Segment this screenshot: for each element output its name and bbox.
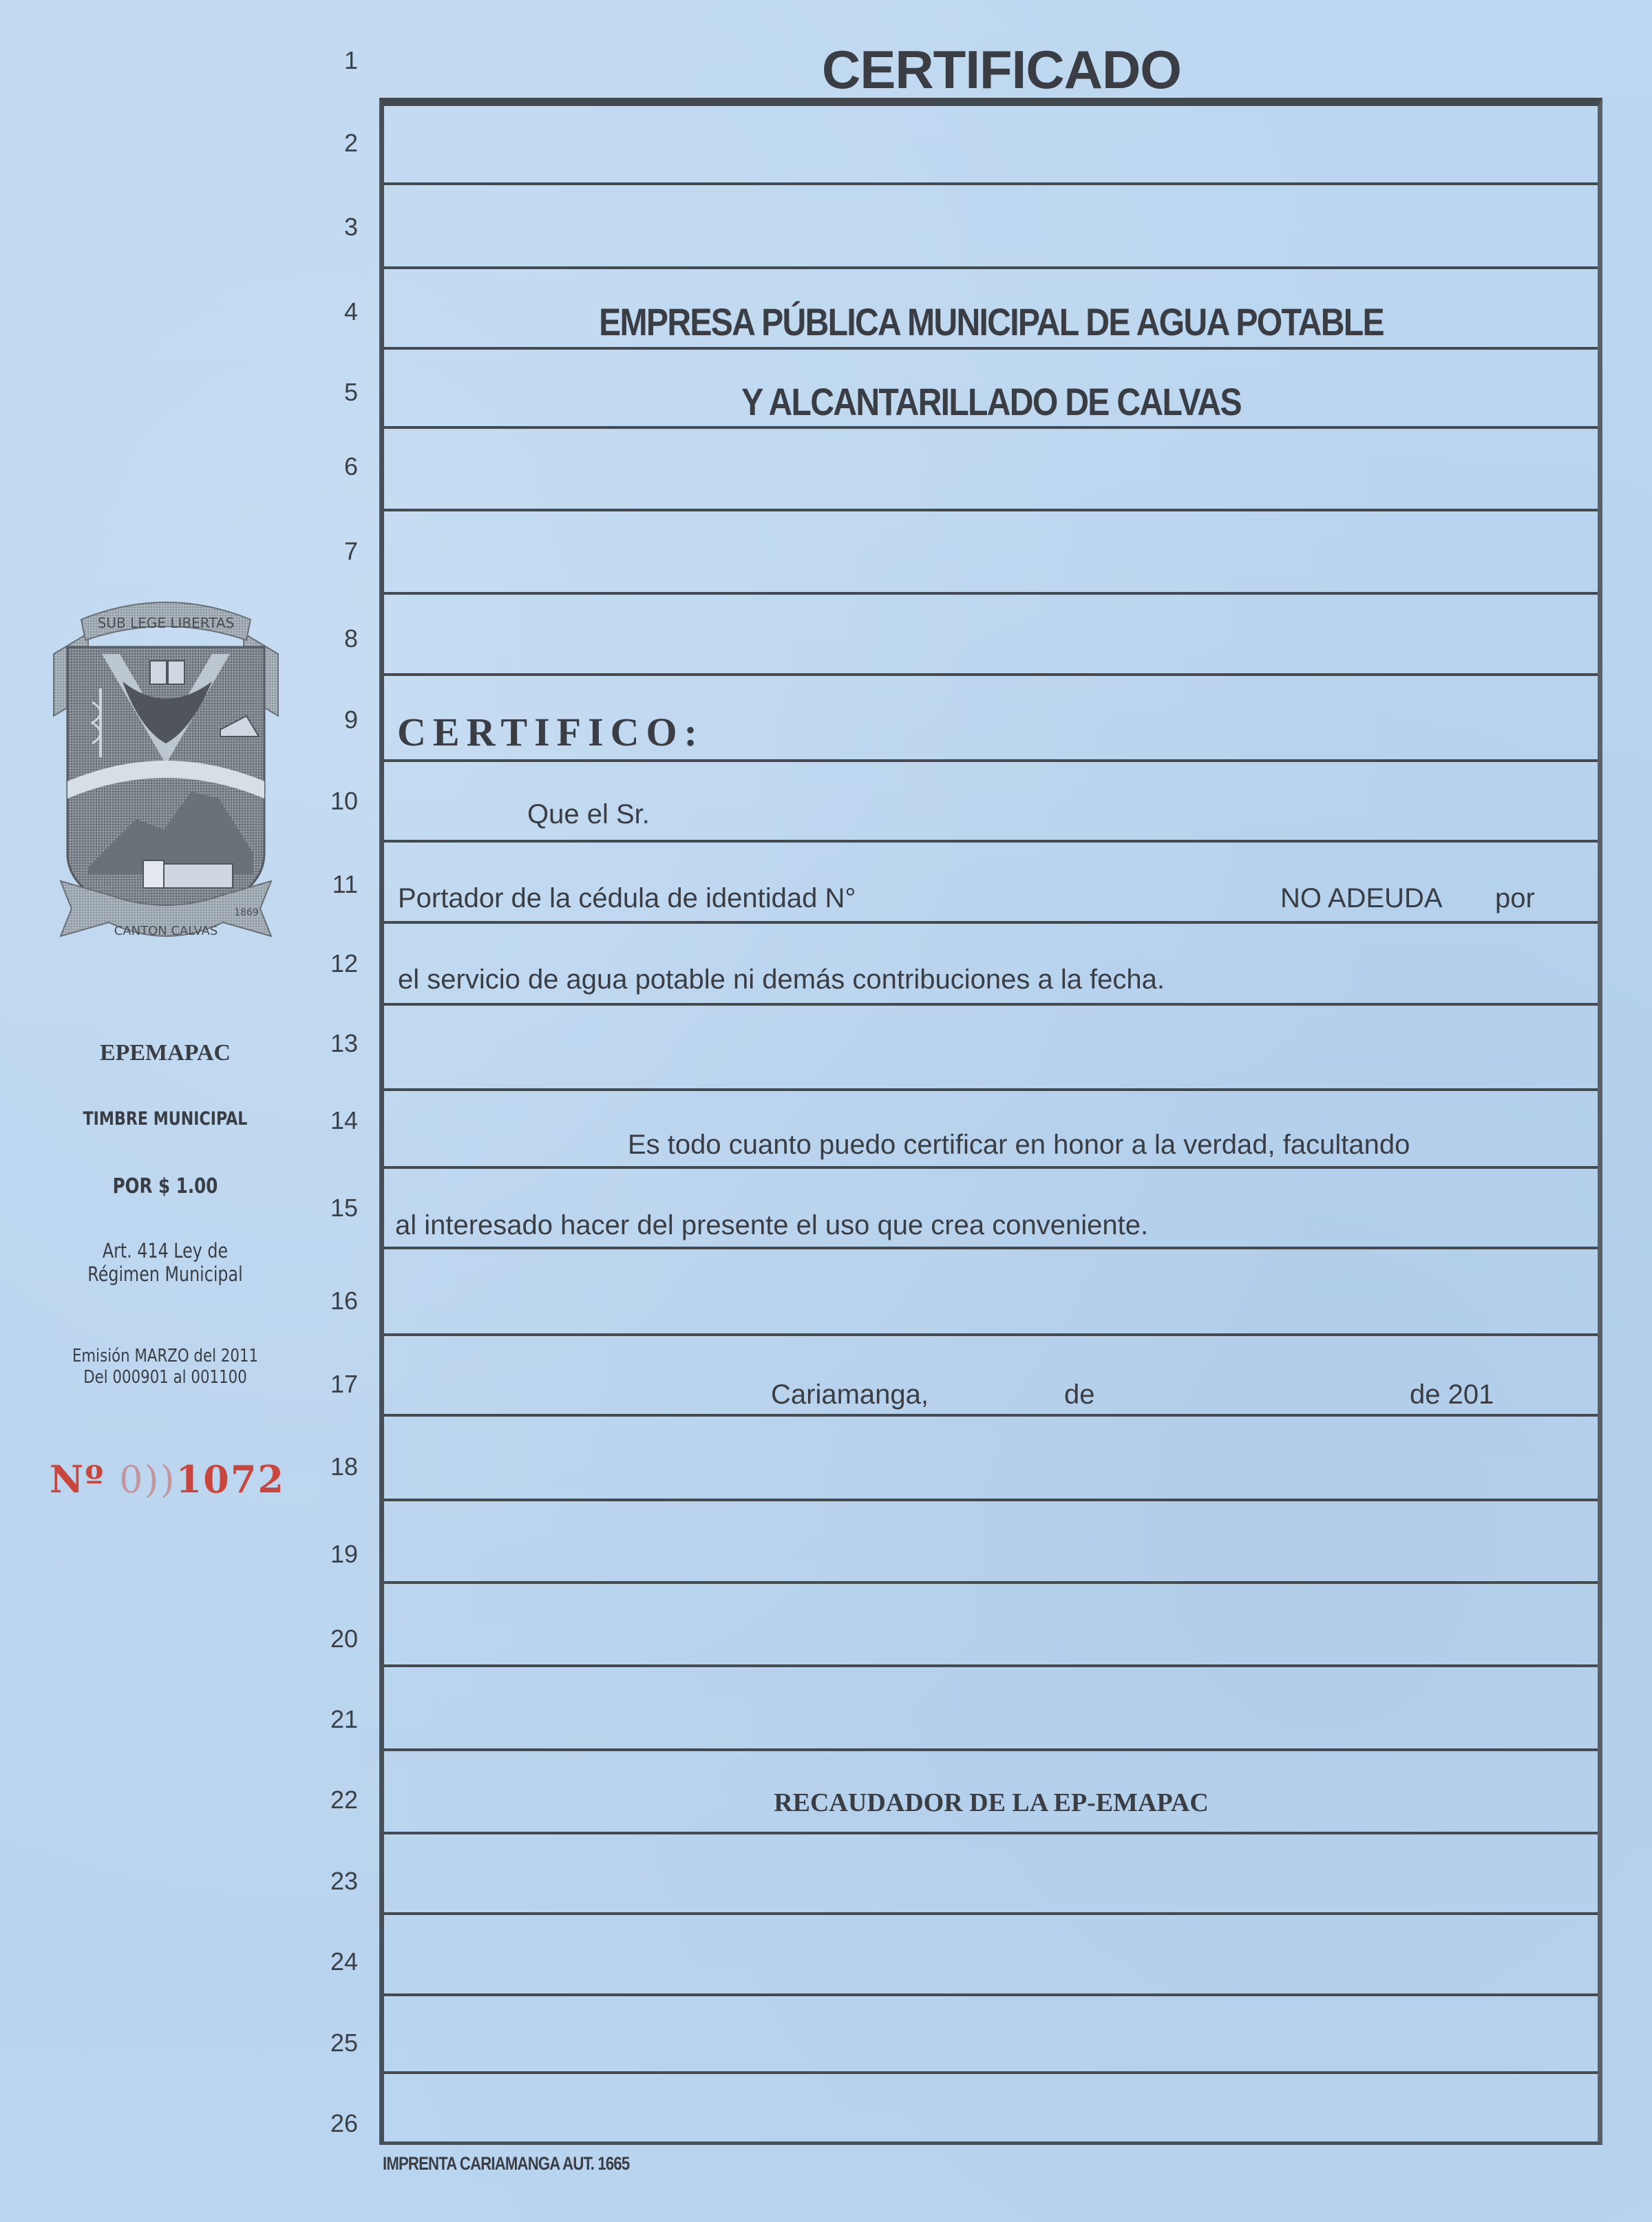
place-city: Cariamanga, (771, 1381, 929, 1408)
line-12-text: el servicio de agua potable ni demás con… (398, 966, 1165, 993)
line-number: 22 (303, 1788, 358, 1812)
ruled-line (384, 2071, 1598, 2074)
line-number: 16 (303, 1289, 358, 1313)
document-title: CERTIFICADO (757, 43, 1246, 96)
line-number: 8 (303, 626, 358, 651)
line-number: 15 (303, 1196, 358, 1220)
line-number: 17 (303, 1372, 358, 1397)
date-day-de: de (1064, 1381, 1095, 1408)
svg-text:SUB LEGE LIBERTAS: SUB LEGE LIBERTAS (98, 615, 235, 631)
stamp-legal-reference: Art. 414 Ley de Régimen Municipal (52, 1239, 278, 1286)
ruled-line (384, 266, 1598, 269)
stamp-legal-line2: Régimen Municipal (52, 1262, 278, 1286)
line-number: 13 (303, 1031, 358, 1056)
ruled-line (384, 509, 1598, 511)
ruled-line (384, 1912, 1598, 1915)
organization-name-line1: EMPRESA PÚBLICA MUNICIPAL DE AGUA POTABL… (470, 303, 1512, 341)
ruled-line (384, 1003, 1598, 1006)
ruled-line (384, 592, 1598, 595)
line-15-text: al interesado hacer del presente el uso … (395, 1211, 1148, 1239)
printer-imprint: IMPRENTA CARIAMANGA AUT. 1665 (383, 2153, 629, 2175)
ruled-line (384, 921, 1598, 924)
line-number: 26 (303, 2111, 358, 2136)
ruled-line (384, 1832, 1598, 1834)
line-number: 21 (303, 1707, 358, 1732)
line-number: 18 (303, 1454, 358, 1479)
organization-name-line2: Y ALCANTARILLADO DE CALVAS (470, 383, 1512, 421)
ruled-line (384, 1088, 1598, 1091)
ruled-line (384, 426, 1598, 429)
line-number: 25 (303, 2031, 358, 2055)
no-adeuda-status: NO ADEUDA (1280, 885, 1443, 912)
stamp-emission-date: Emisión MARZO del 2011 (52, 1346, 278, 1367)
line-14-text: Es todo cuanto puedo certificar en honor… (628, 1131, 1410, 1158)
line-number: 3 (303, 215, 358, 240)
ruled-line (384, 759, 1598, 762)
line-10-text: Que el Sr. (527, 801, 650, 828)
ruled-line (384, 840, 1598, 843)
svg-text:1869: 1869 (234, 907, 259, 918)
ruled-line (384, 1333, 1598, 1336)
ruled-line (384, 1414, 1598, 1417)
ruled-line (384, 347, 1598, 350)
line-number: 7 (303, 539, 358, 564)
stamp-legal-line1: Art. 414 Ley de (52, 1239, 278, 1262)
line-number: 4 (303, 299, 358, 324)
line-number: 11 (303, 872, 358, 897)
ruled-line (384, 1166, 1598, 1169)
serial-number: Nº 0))1072 (50, 1461, 285, 1499)
ruled-line (384, 1499, 1598, 1501)
ruled-line (384, 1748, 1598, 1751)
ruled-line (384, 1993, 1598, 1996)
signer-title: RECAUDADOR DE LA EP-EMAPAC (385, 1790, 1597, 1816)
line-number: 2 (303, 131, 358, 156)
svg-text:CANTON CALVAS: CANTON CALVAS (114, 924, 218, 938)
line-number: 24 (303, 1949, 358, 1974)
line-number: 1 (303, 48, 358, 73)
line-number: 6 (303, 454, 358, 479)
line-number: 12 (303, 951, 358, 976)
stamp-organization: EPEMAPAC (28, 1039, 303, 1067)
ruled-line (384, 182, 1598, 185)
ruled-line (384, 1664, 1598, 1667)
line-11-text: Portador de la cédula de identidad N° (398, 885, 856, 912)
stamp-type: TIMBRE MUNICIPAL (52, 1108, 278, 1130)
line-number: 23 (303, 1869, 358, 1894)
serial-digits: 1072 (176, 1457, 285, 1501)
line-number: 9 (303, 708, 358, 732)
municipal-coat-of-arms-icon: SUB LEGE LIBERTAS CANTON CALVAS 1869 (40, 592, 292, 957)
line-number: 20 (303, 1627, 358, 1651)
serial-faded-digits: 0)) (119, 1458, 176, 1501)
ruled-line (384, 1247, 1598, 1249)
stamp-emission: Emisión MARZO del 2011 Del 000901 al 001… (52, 1346, 278, 1388)
ruled-line (384, 1581, 1598, 1584)
ruled-line (384, 673, 1598, 676)
certifico-heading: CERTIFICO: (397, 712, 704, 752)
date-year: de 201 (1410, 1381, 1494, 1408)
stamp-emission-range: Del 000901 al 001100 (52, 1367, 278, 1388)
serial-prefix: Nº (50, 1457, 105, 1501)
line-11-tail: por (1495, 885, 1535, 912)
line-number: 14 (303, 1108, 358, 1133)
line-number: 10 (303, 789, 358, 814)
stamp-price: POR $ 1.00 (52, 1174, 278, 1198)
line-number: 5 (303, 380, 358, 405)
line-number: 19 (303, 1542, 358, 1567)
